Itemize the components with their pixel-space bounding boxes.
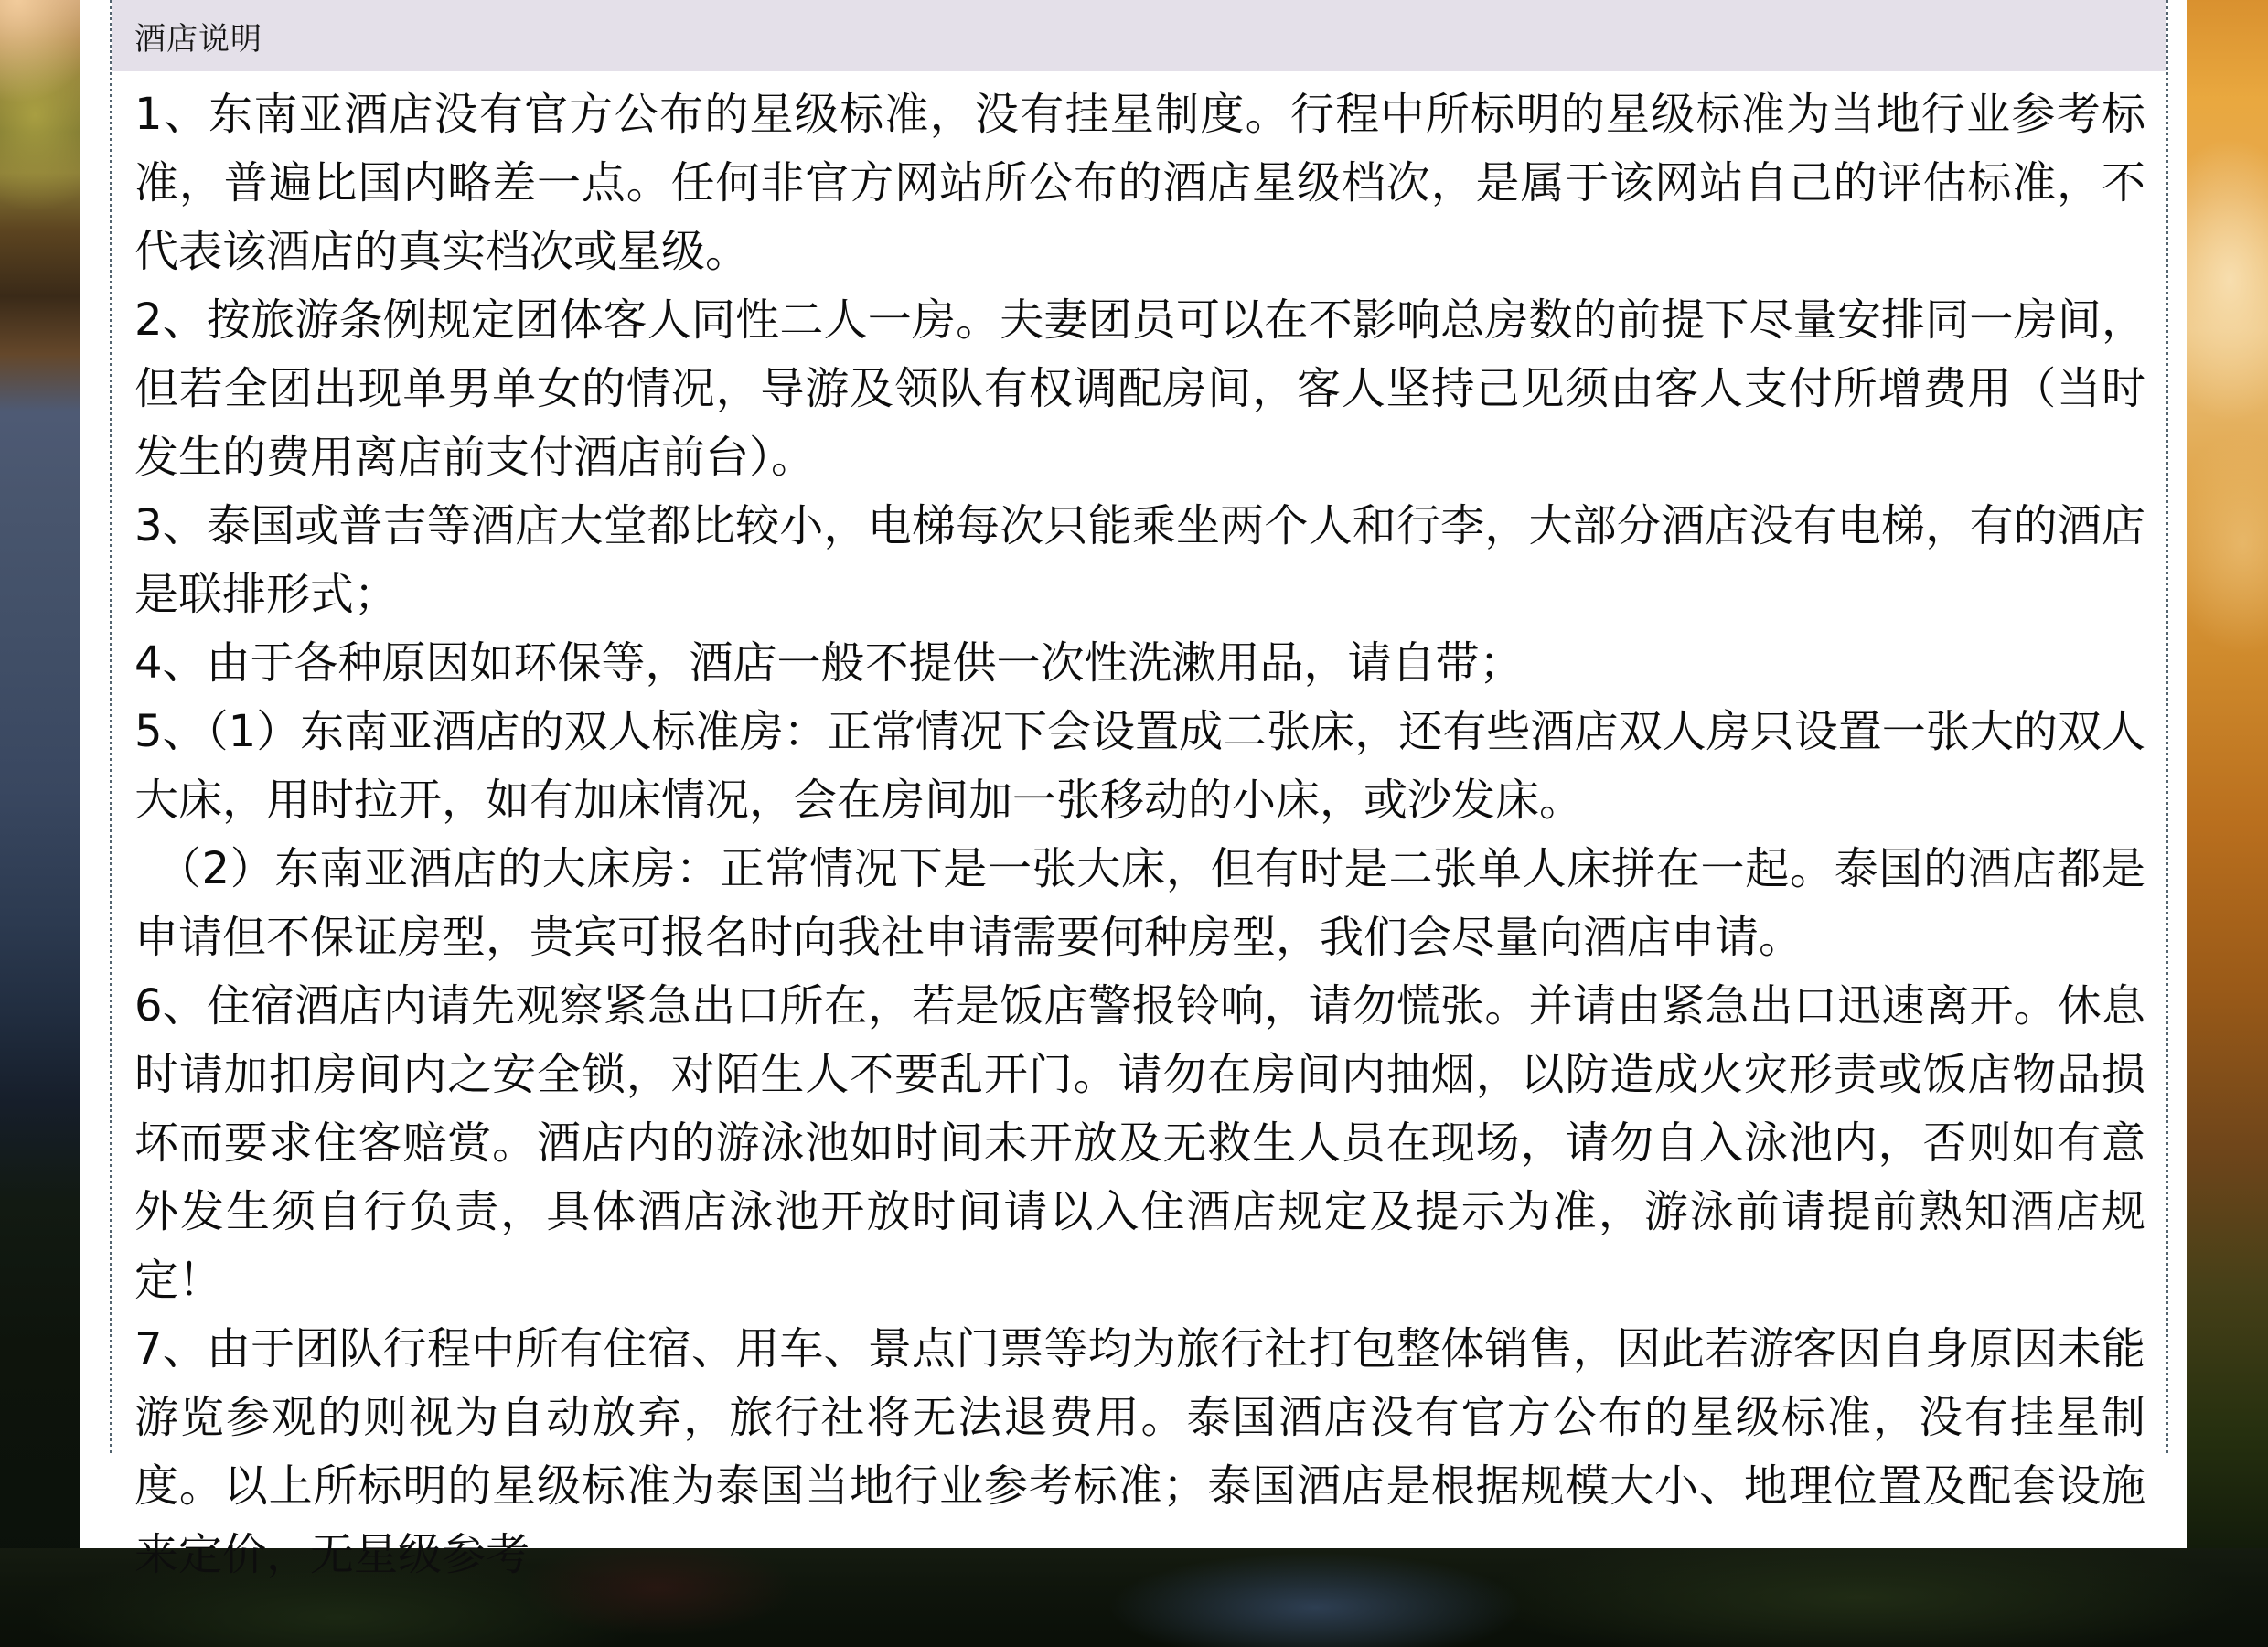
background-photo-right <box>2184 0 2268 1647</box>
notice-paragraph-5b: （2）东南亚酒店的大床房：正常情况下是一张大床，但有时是二张单人床拼在一起。泰国… <box>134 835 2145 972</box>
notice-bordered-box: 酒店说明 1、东南亚酒店没有官方公布的星级标准，没有挂星制度。行程中所标明的星级… <box>110 0 2168 1453</box>
notice-paragraph-1: 1、东南亚酒店没有官方公布的星级标准，没有挂星制度。行程中所标明的星级标准为当地… <box>134 80 2145 286</box>
hotel-notice-panel: 酒店说明 1、东南亚酒店没有官方公布的星级标准，没有挂星制度。行程中所标明的星级… <box>80 0 2187 1548</box>
notice-paragraph-3: 3、泰国或普吉等酒店大堂都比较小，电梯每次只能乘坐两个人和行李，大部分酒店没有电… <box>134 492 2145 629</box>
notice-paragraph-6: 6、住宿酒店内请先观察紧急出口所在，若是饭店警报铃响，请勿慌张。并请由紧急出口迅… <box>134 972 2145 1315</box>
notice-title: 酒店说明 <box>134 14 262 59</box>
background-photo-left <box>0 0 88 1647</box>
notice-body: 1、东南亚酒店没有官方公布的星级标准，没有挂星制度。行程中所标明的星级标准为当地… <box>112 71 2166 1589</box>
notice-paragraph-2: 2、按旅游条例规定团体客人同性二人一房。夫妻团员可以在不影响总房数的前提下尽量安… <box>134 286 2145 492</box>
notice-paragraph-7: 7、由于团队行程中所有住宿、用车、景点门票等均为旅行社打包整体销售，因此若游客因… <box>134 1315 2145 1589</box>
notice-paragraph-5: 5、（1）东南亚酒店的双人标准房：正常情况下会设置成二张床，还有些酒店双人房只设… <box>134 698 2145 835</box>
notice-header: 酒店说明 <box>112 0 2166 71</box>
notice-paragraph-4: 4、由于各种原因如环保等，酒店一般不提供一次性洗漱用品，请自带； <box>134 629 2145 698</box>
